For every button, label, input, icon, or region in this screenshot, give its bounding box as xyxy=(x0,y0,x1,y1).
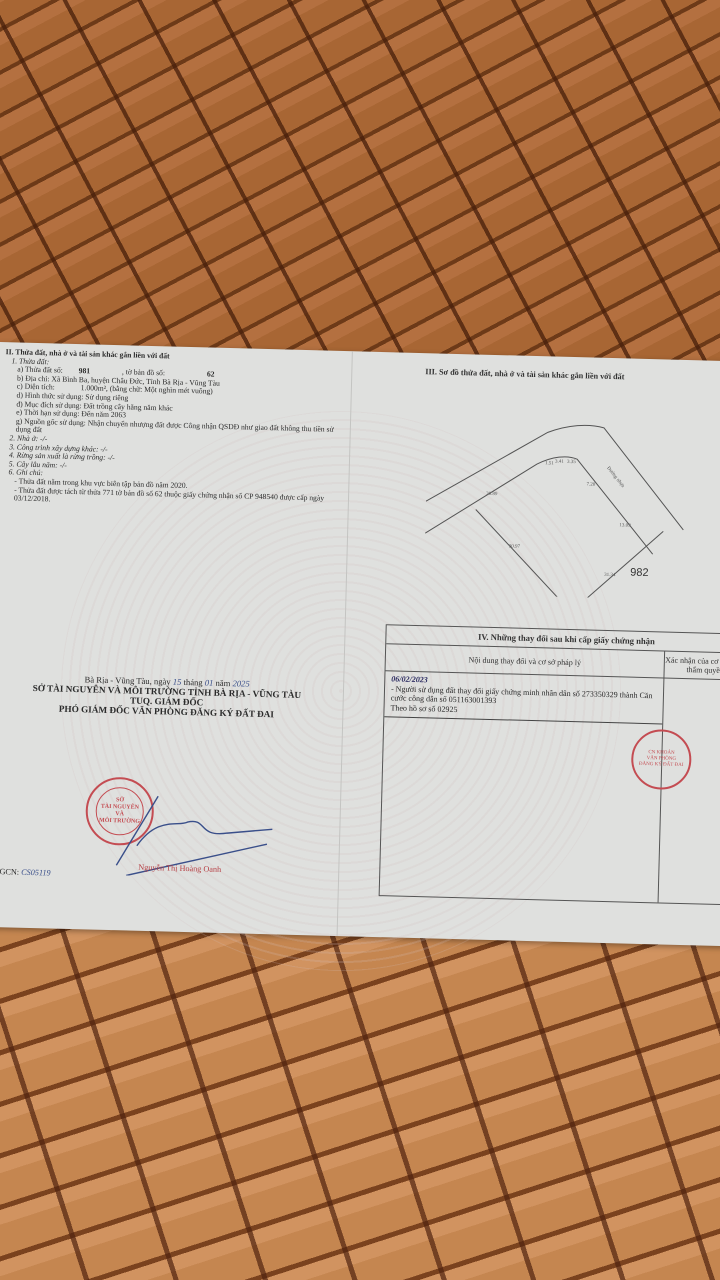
svg-text:13.09: 13.09 xyxy=(619,523,631,528)
svg-text:Đường nhựa: Đường nhựa xyxy=(605,466,625,489)
svg-text:30.97: 30.97 xyxy=(509,544,521,549)
svg-text:1.51: 1.51 xyxy=(545,461,554,466)
land-certificate: II. Thửa đất, nhà ở và tài sản khác gắn … xyxy=(0,342,720,946)
changes-table-body: 06/02/2023 - Người sử dụng đất thay đổi … xyxy=(380,670,665,902)
section-iii-title: III. Sơ đồ thửa đất, nhà ở và tài sản kh… xyxy=(425,367,624,381)
svg-text:30.89: 30.89 xyxy=(486,492,498,497)
svg-text:7.20: 7.20 xyxy=(586,482,595,487)
parcel-diagram: 30.89 1.51 3.41 3.35 7.20 13.09 31.34 30… xyxy=(424,393,719,601)
office-seal: CN KHOÁN VĂN PHÒNG ĐĂNG KÝ ĐẤT ĐAI xyxy=(631,729,693,791)
svg-text:3.35: 3.35 xyxy=(567,460,576,465)
change-entry: 06/02/2023 - Người sử dụng đất thay đổi … xyxy=(384,670,663,724)
col-confirmation: Xác nhận của cơ quan có thẩm quyền xyxy=(664,652,720,680)
gcn-number: cấp GCN: CS05119 xyxy=(0,867,51,878)
section-iv-changes: IV. Những thay đổi sau khi cấp giấy chứn… xyxy=(379,624,720,905)
adjacent-lot-number: 982 xyxy=(630,567,649,579)
section-ii: II. Thửa đất, nhà ở và tài sản khác gắn … xyxy=(2,348,346,512)
svg-text:31.34: 31.34 xyxy=(604,573,616,578)
svg-text:3.41: 3.41 xyxy=(555,460,564,465)
signature-block: Bà Rịa - Vũng Tàu, ngày 15 tháng 01 năm … xyxy=(0,672,343,721)
